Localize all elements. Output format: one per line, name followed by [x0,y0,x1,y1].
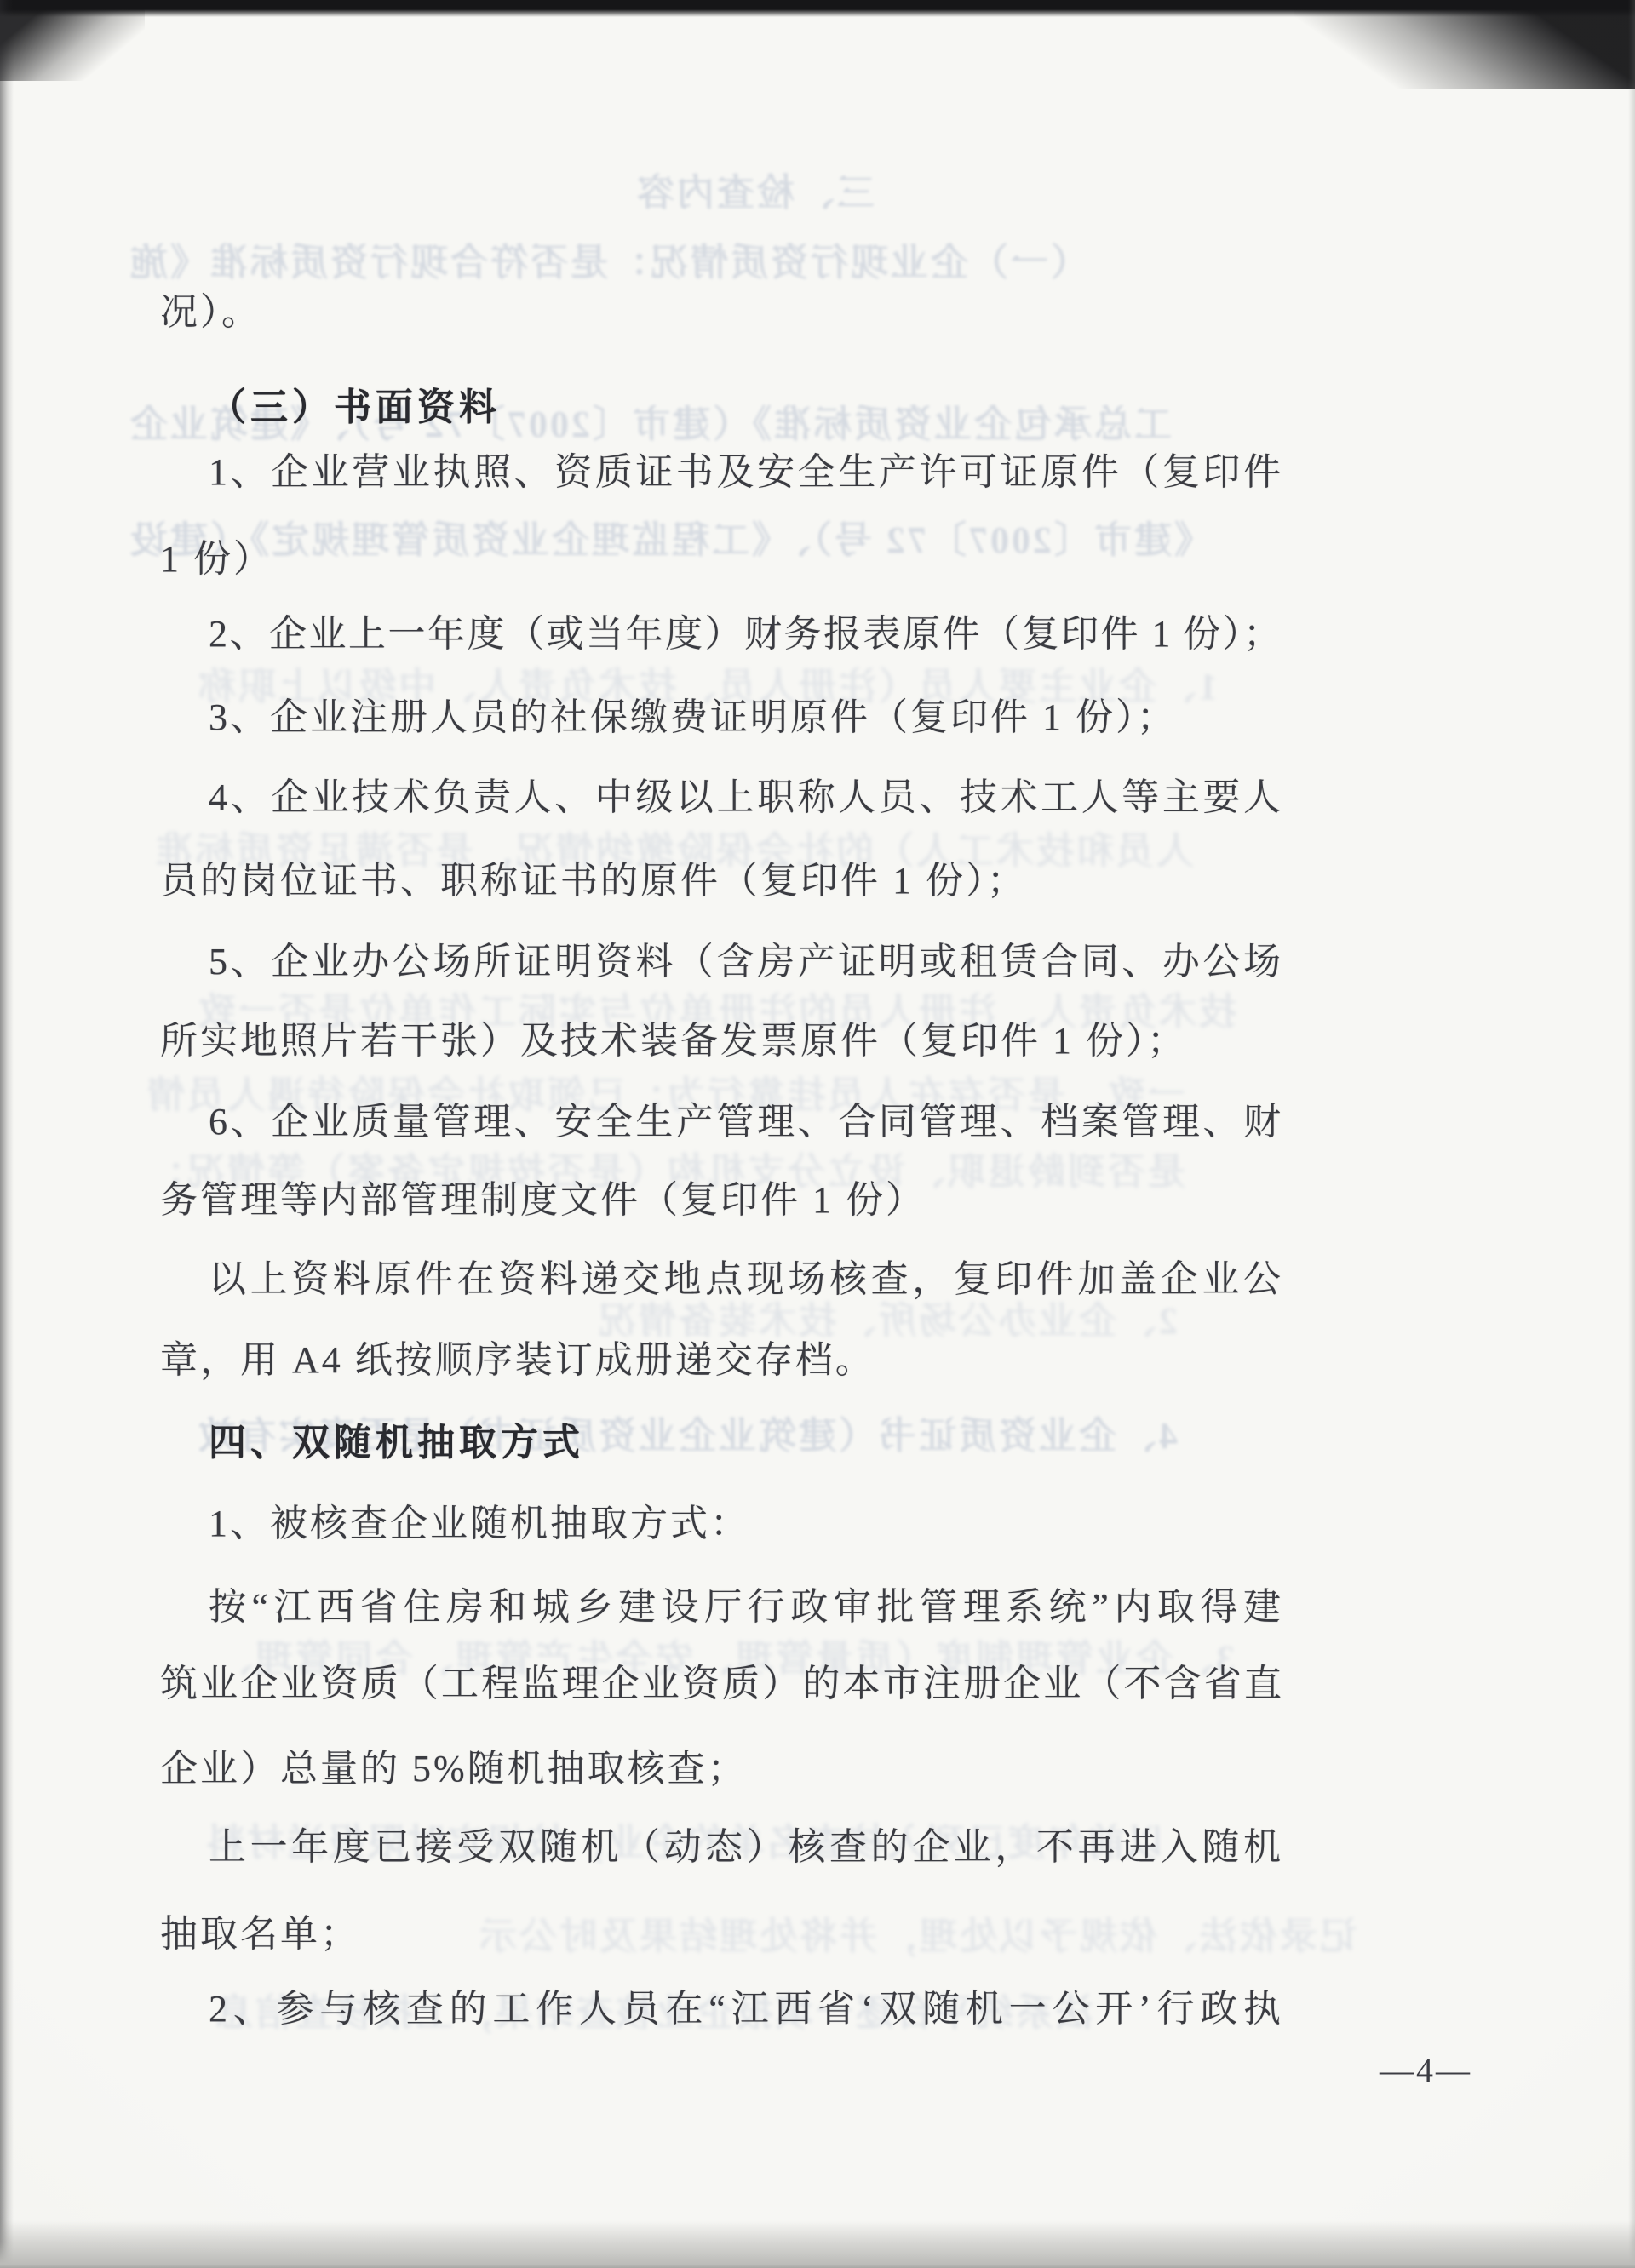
bleedthrough-text: 三、检查内容 [634,162,875,216]
text-line: 6、企业质量管理、安全生产管理、合同管理、档案管理、财 [209,1091,1282,1145]
text-line: 章，用 A4 纸按顺序装订成册递交存档。 [160,1329,875,1383]
text-line: 1 份） [160,528,273,582]
scanned-document-page: 三、检查内容 （一）企业现行资质情况：是否符合现行资质标准《施 工总承包企业资质… [0,0,1635,2268]
text-line: 4、企业技术负责人、中级以上职称人员、技术工人等主要人 [209,766,1282,821]
text-line: 抽取名单； [160,1903,360,1957]
text-line: 上一年度已接受双随机（动态）核查的企业，不再进入随机 [209,1816,1282,1870]
section-heading: （三）书面资料 [209,376,501,431]
bleedthrough-text: 《建市〔2007〕72 号）、《工程监理企业资质管理规定》（建设 [128,509,1212,564]
text-line: 况）。 [160,281,261,335]
text-line: 1、企业营业执照、资质证书及安全生产许可证原件（复印件 [209,441,1282,495]
bleedthrough-text: 记录依法、依规予以处理，并将处理结果及时公示 [477,1905,1357,1960]
paper: 三、检查内容 （一）企业现行资质情况：是否符合现行资质标准《施 工总承包企业资质… [0,0,1635,2268]
text-line: 员的岗位证书、职称证书的原件（复印件 1 份）； [160,850,1027,904]
text-line: 以上资料原件在资料递交地点现场核查，复印件加盖企业公 [209,1248,1282,1303]
text-line: 务管理等内部管理制度文件（复印件 1 份） [160,1169,926,1223]
text-line: 1、被核查企业随机抽取方式： [209,1492,750,1547]
text-line: 筑业企业资质（工程监理企业资质）的本市注册企业（不含省直 [160,1652,1282,1707]
text-line: 2、参与核查的工作人员在“江西省‘双随机一公开’行政执 [209,1978,1282,2032]
text-line: 2、企业上一年度（或当年度）财务报表原件（复印件 1 份）； [209,603,1282,657]
text-line: 5、企业办公场所证明资料（含房产证明或租赁合同、办公场 [209,931,1282,985]
bleedthrough-text: （一）企业现行资质情况：是否符合现行资质标准《施 [128,232,1088,286]
text-line: 企业）总量的 5%随机抽取核查； [160,1738,748,1792]
section-heading: 四、双随机抽取方式 [209,1412,584,1466]
page-number: —4— [1380,2050,1472,2090]
text-line: 按“江西省住房和城乡建设厅行政审批管理系统”内取得建 [209,1576,1282,1630]
text-line: 3、企业注册人员的社保缴费证明原件（复印件 1 份）； [209,686,1177,741]
text-line: 所实地照片若干张）及技术装备发票原件（复印件 1 份）； [160,1010,1187,1064]
